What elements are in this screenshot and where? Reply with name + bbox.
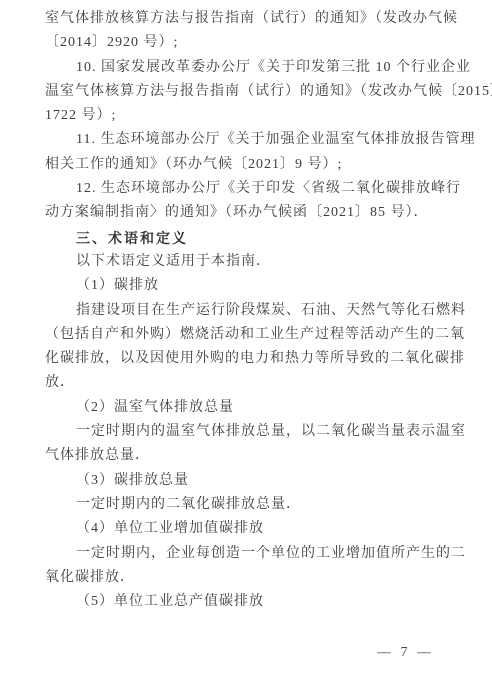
text-line: 温室气体核算方法与报告指南（试行）的通知》（发改办气候〔2015〕 [45,80,455,104]
text-line: （4）单位工业增加值碳排放 [45,517,455,541]
text-line: 相关工作的通知》（环办气候〔2021〕9 号）; [45,153,455,177]
text-line: （3）碳排放总量 [45,469,455,493]
text-line: 1722 号）; [45,104,455,128]
text-line: 一定时期内的二氧化碳排放总量． [45,493,455,517]
text-line: 11. 生态环境部办公厅《关于加强企业温室气体排放报告管理 [45,128,455,152]
text-line: 一定时期内的温室气体排放总量，以二氧化碳当量表示温室 [45,420,455,444]
text-line: （包括自产和外购）燃烧活动和工业生产过程等活动产生的二氧 [45,323,455,347]
text-line: 气体排放总量． [45,444,455,468]
document-page: 室气体排放核算方法与报告指南（试行）的通知》（发改办气候〔2014〕2920 号… [0,0,492,693]
text-line: 12. 生态环境部办公厅《关于印发〈省级二氧化碳排放峰行 [45,177,455,201]
text-column: 室气体排放核算方法与报告指南（试行）的通知》（发改办气候〔2014〕2920 号… [45,7,455,614]
text-line: 10. 国家发展改革委办公厅《关于印发第三批 10 个行业企业 [45,56,455,80]
text-line: （2）温室气体排放总量 [45,396,455,420]
text-line: 氧化碳排放． [45,566,455,590]
text-line: 一定时期内，企业每创造一个单位的工业增加值所产生的二 [45,542,455,566]
text-line: （5）单位工业总产值碳排放 [45,590,455,614]
text-line: 放． [45,371,455,395]
text-line: 指建设项目在生产运行阶段煤炭、石油、天然气等化石燃料 [45,299,455,323]
text-line: 化碳排放，以及因使用外购的电力和热力等所导致的二氧化碳排 [45,347,455,371]
text-line: 室气体排放核算方法与报告指南（试行）的通知》（发改办气候 [45,7,455,31]
text-line: 以下术语定义适用于本指南． [45,250,455,274]
text-line: （1）碳排放 [45,274,455,298]
text-line: 〔2014〕2920 号）; [45,31,455,55]
page-number: — 7 — [377,645,434,661]
text-line: 动方案编制指南〉的通知》（环办气候函〔2021〕85 号）． [45,201,455,225]
section-heading: 三、术语和定义 [45,226,455,250]
